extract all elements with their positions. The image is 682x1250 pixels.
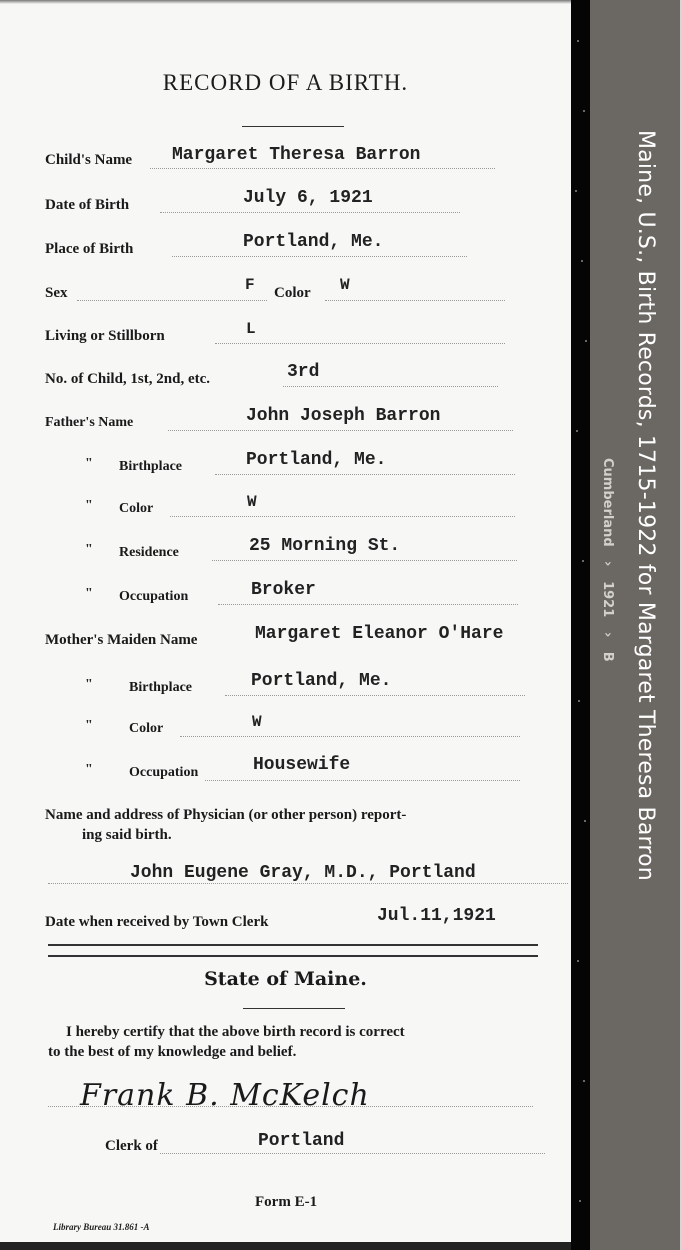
- scan-edge: [571, 0, 590, 1250]
- dotted-line: [218, 604, 518, 605]
- collection-title: Maine, U.S., Birth Records, 1715-1922 fo…: [633, 130, 658, 881]
- mother-birthplace-value: Portland, Me.: [251, 671, 391, 691]
- certify-line1: I hereby certify that the above birth re…: [66, 1023, 405, 1042]
- ditto-mark: ": [85, 586, 93, 602]
- birth-record-image: RECORD OF A BIRTH. Child's Name Margaret…: [0, 0, 571, 1250]
- ditto-mark: ": [85, 718, 93, 734]
- living-stillborn-value: L: [246, 320, 256, 338]
- physician-value: John Eugene Gray, M.D., Portland: [130, 863, 476, 883]
- sex-value: F: [245, 276, 255, 294]
- physician-label-line1: Name and address of Physician (or other …: [45, 806, 406, 825]
- child-number-value: 3rd: [287, 362, 319, 382]
- mother-name-value: Margaret Eleanor O'Hare: [255, 624, 503, 644]
- place-of-birth-label: Place of Birth: [45, 241, 133, 258]
- ditto-mark: ": [85, 542, 93, 558]
- place-of-birth-value: Portland, Me.: [243, 232, 383, 252]
- dotted-line: [283, 386, 498, 387]
- clerk-of-label: Clerk of: [105, 1138, 158, 1155]
- dotted-line: [160, 1153, 545, 1154]
- date-of-birth-label: Date of Birth: [45, 197, 129, 214]
- father-color-label: Color: [119, 501, 153, 517]
- father-occupation-label: Occupation: [119, 589, 188, 605]
- father-birthplace-label: Birthplace: [119, 459, 182, 475]
- mother-color-value: W: [252, 713, 262, 731]
- chevron-right-icon: ›: [600, 561, 615, 566]
- sex-label: Sex: [45, 285, 68, 302]
- dotted-line: [77, 300, 267, 301]
- dotted-line: [48, 883, 568, 884]
- mother-occupation-value: Housewife: [253, 755, 350, 775]
- ditto-mark: ": [85, 677, 93, 693]
- date-of-birth-value: July 6, 1921: [243, 188, 373, 208]
- child-name-label: Child's Name: [45, 152, 132, 169]
- dotted-line: [170, 516, 515, 517]
- breadcrumb: Cumberland › 1921 › B: [600, 458, 615, 662]
- father-name-label: Father's Name: [45, 415, 133, 431]
- date-received-label: Date when received by Town Clerk: [45, 914, 268, 931]
- dotted-line: [205, 780, 520, 781]
- record-title: RECORD OF A BIRTH.: [0, 70, 571, 96]
- state-underline: [243, 1008, 345, 1009]
- date-received-value: Jul.11,1921: [377, 906, 496, 926]
- mother-birthplace-label: Birthplace: [129, 680, 192, 696]
- mother-occupation-label: Occupation: [129, 765, 198, 781]
- physician-label-line2: ing said birth.: [82, 826, 172, 845]
- child-number-label: No. of Child, 1st, 2nd, etc.: [45, 371, 210, 388]
- dotted-line: [215, 474, 515, 475]
- dotted-line: [168, 430, 513, 431]
- form-number: Form E-1: [255, 1194, 317, 1211]
- dotted-line: [225, 695, 525, 696]
- ditto-mark: ": [85, 498, 93, 514]
- dotted-line: [172, 256, 467, 257]
- ditto-mark: ": [85, 456, 93, 472]
- dotted-line: [212, 560, 517, 561]
- child-name-value: Margaret Theresa Barron: [172, 145, 420, 165]
- ditto-mark: ": [85, 762, 93, 778]
- father-birthplace-value: Portland, Me.: [246, 450, 386, 470]
- color-label: Color: [274, 285, 311, 302]
- color-value: W: [340, 276, 350, 294]
- breadcrumb-letter[interactable]: B: [600, 652, 615, 662]
- clerk-signature: Frank B. McKelch: [80, 1078, 370, 1113]
- double-rule-bottom: [48, 955, 538, 957]
- dotted-line: [215, 343, 505, 344]
- father-residence-value: 25 Morning St.: [249, 536, 400, 556]
- printer-imprint: Library Bureau 31.861 -A: [53, 1222, 150, 1232]
- chevron-right-icon: ›: [600, 632, 615, 637]
- breadcrumb-county[interactable]: Cumberland: [600, 458, 615, 547]
- father-name-value: John Joseph Barron: [246, 406, 440, 426]
- certify-line2: to the best of my knowledge and belief.: [48, 1043, 296, 1062]
- father-color-value: W: [247, 493, 257, 511]
- dotted-line: [160, 212, 460, 213]
- dotted-line: [180, 736, 520, 737]
- double-rule-top: [48, 944, 538, 946]
- clerk-of-value: Portland: [258, 1131, 344, 1151]
- father-residence-label: Residence: [119, 545, 179, 561]
- breadcrumb-year[interactable]: 1921: [600, 581, 615, 617]
- dotted-line: [150, 168, 495, 169]
- mother-color-label: Color: [129, 721, 163, 737]
- mother-name-label: Mother's Maiden Name: [45, 632, 197, 649]
- father-occupation-value: Broker: [251, 580, 316, 600]
- title-underline: [242, 126, 344, 127]
- state-heading: State of Maine.: [0, 968, 571, 990]
- living-stillborn-label: Living or Stillborn: [45, 328, 165, 345]
- dotted-line: [325, 300, 505, 301]
